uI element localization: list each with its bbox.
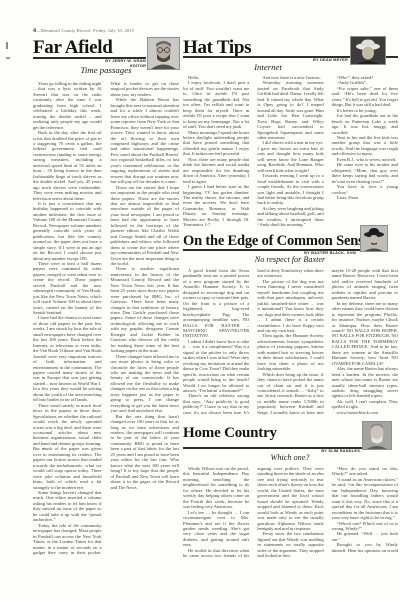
- home-country-byline: BY SLIM RANDLES: [321, 449, 360, 454]
- jerry-kram-photo: [147, 37, 180, 70]
- far-afield-title: Far Afield: [33, 38, 113, 57]
- bearded-man-portrait: [148, 38, 179, 69]
- common-sense-title: On the Edge of Common Sense: [183, 234, 370, 249]
- home-country-title: Home Country: [183, 426, 277, 441]
- baxter-black-photo: [360, 225, 388, 252]
- folio-line: 4—Mountrail County Record, Friday, July …: [33, 28, 134, 34]
- home-country-body: Windy Wilson was on the prowl, this beau…: [183, 466, 398, 563]
- white-beard-man-portrait: [363, 422, 391, 449]
- common-sense-body: A good friend from the Texas panhandle s…: [183, 268, 398, 419]
- which-one-subhead: Which one?: [190, 454, 390, 462]
- hat-tips-body: Hello,I enjoy facebook. I don't post a l…: [183, 75, 398, 233]
- right-page-region: Hat Tips BY DEAN MEYER Internet Hello,I …: [183, 36, 398, 568]
- scan-artifact: [6, 42, 8, 49]
- folio-text: —Mountrail County Record, Friday, July 1…: [36, 28, 134, 33]
- newspaper-page: 4—Mountrail County Record, Friday, July …: [0, 0, 400, 600]
- far-afield-body: Years go falling to the fading night – t…: [33, 81, 179, 560]
- black-hat-man-portrait: [361, 226, 387, 251]
- no-respect-subhead: No respect for Baxter: [190, 256, 390, 264]
- dean-meyer-photo: [350, 36, 386, 65]
- internet-subhead: Internet: [208, 63, 328, 72]
- cowboy-hat-man-portrait: [351, 37, 385, 64]
- far-afield-article: Far Afield BY JERRY W. KRAM EDITOR Time …: [33, 36, 179, 566]
- hat-tips-title: Hat Tips: [183, 38, 251, 57]
- scan-artifact: [6, 57, 10, 59]
- hat-tips-byline: BY DEAN MEYER: [313, 58, 348, 63]
- slim-randles-photo: [362, 421, 392, 450]
